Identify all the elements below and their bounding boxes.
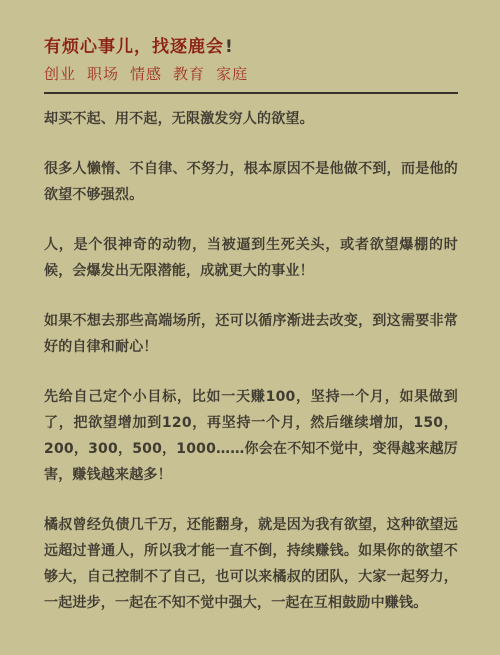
paragraph: 如果不想去那些高端场所，还可以循序渐进去改变，到这需要非常好的自律和耐心！ (44, 308, 458, 360)
paragraph: 人，是个很神奇的动物，当被逼到生死关头，或者欲望爆棚的时候，会爆发出无限潜能，成… (44, 232, 458, 284)
category-tag-emotion: 情感 (130, 65, 162, 84)
category-tag-education: 教育 (173, 65, 205, 84)
page-title: 有烦心事儿，找逐鹿会! (44, 36, 458, 58)
poster-page: 有烦心事儿，找逐鹿会! 创业 职场 情感 教育 家庭 却买不起、用不起，无限激发… (0, 0, 500, 655)
header-divider (44, 92, 458, 94)
paragraph: 很多人懒惰、不自律、不努力，根本原因不是他做不到，而是他的欲望不够强烈。 (44, 156, 458, 208)
category-tag-workplace: 职场 (87, 65, 119, 84)
category-tag-family: 家庭 (216, 65, 248, 84)
category-tags-row: 创业 职场 情感 教育 家庭 (44, 65, 458, 84)
category-tag-startup: 创业 (44, 65, 76, 84)
paragraph: 橘叔曾经负债几千万，还能翻身，就是因为我有欲望，这种欲望远远超过普通人，所以我才… (44, 512, 458, 616)
poster-header: 有烦心事儿，找逐鹿会! 创业 职场 情感 教育 家庭 (44, 36, 458, 94)
page-title-text: 有烦心事儿，找逐鹿会 (44, 37, 224, 57)
paragraph: 却买不起、用不起，无限激发穷人的欲望。 (44, 106, 458, 132)
page-title-exclamation: ! (225, 37, 234, 57)
article-body: 却买不起、用不起，无限激发穷人的欲望。 很多人懒惰、不自律、不努力，根本原因不是… (44, 106, 458, 616)
paragraph: 先给自己定个小目标，比如一天赚100，坚持一个月，如果做到了，把欲望增加到120… (44, 384, 458, 488)
